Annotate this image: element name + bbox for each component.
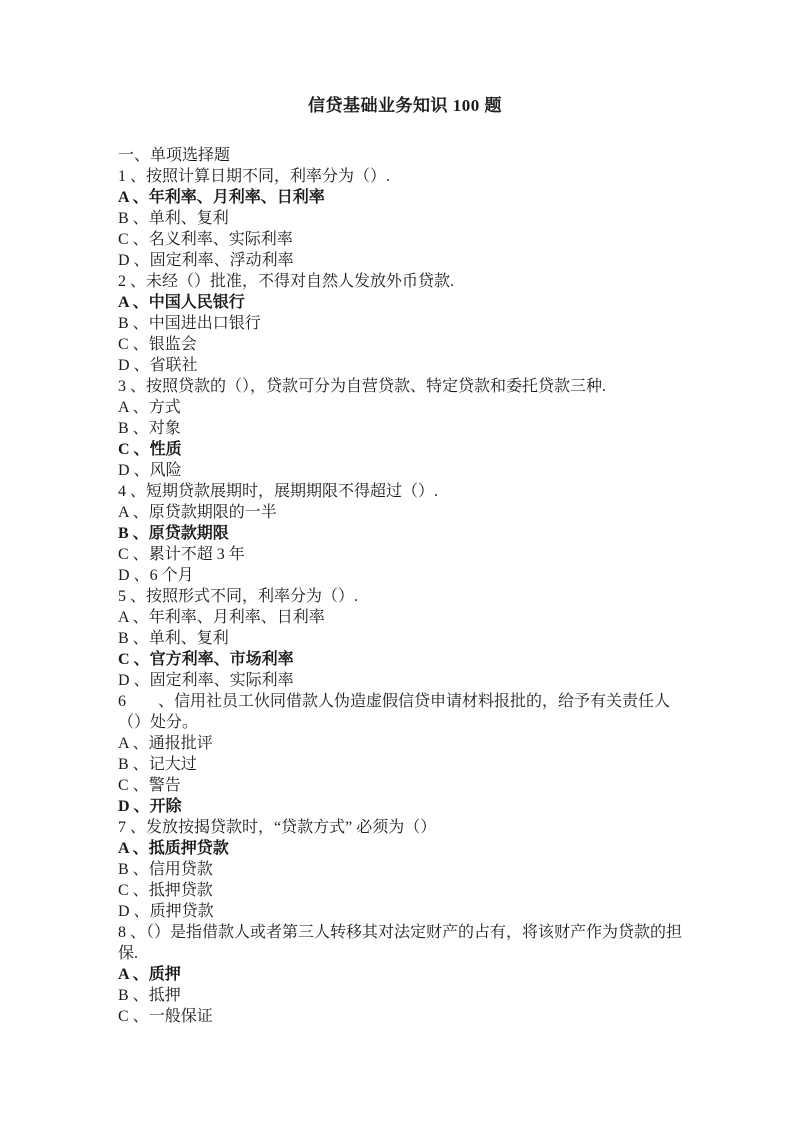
option-line: D 、6 个月 [118, 565, 692, 586]
option-text: 单利、复利 [149, 630, 229, 647]
question-block: 7 、发放按揭贷款时，“贷款方式” 必须为（） A 、抵质押贷款 B 、信用贷款… [118, 817, 692, 922]
option-text: 抵质押贷款 [149, 840, 229, 857]
option-label: A 、 [118, 189, 149, 206]
option-label: D 、 [118, 903, 150, 920]
document-title: 信贷基础业务知识 100 题 [118, 95, 692, 116]
option-line: A 、原贷款期限的一半 [118, 502, 692, 523]
option-line: A 、方式 [118, 397, 692, 418]
question-text: 2 、未经（）批准，不得对自然人发放外币贷款. [118, 271, 692, 292]
option-label: A 、 [118, 399, 149, 416]
option-text: 年利率、月利率、日利率 [149, 189, 325, 206]
option-label: B 、 [118, 210, 149, 227]
option-line: D 、开除 [118, 796, 692, 817]
option-line: D 、风险 [118, 460, 692, 481]
option-label: A 、 [118, 966, 149, 983]
question-body: 按照计算日期不同，利率分为（）. [146, 168, 390, 185]
option-label: B 、 [118, 756, 149, 773]
option-line: A 、年利率、月利率、日利率 [118, 187, 692, 208]
option-label: B 、 [118, 630, 149, 647]
question-block: 2 、未经（）批准，不得对自然人发放外币贷款. A 、中国人民银行 B 、中国进… [118, 271, 692, 376]
question-number: 6 、 [118, 693, 174, 710]
question-text: 5 、按照形式不同，利率分为（）. [118, 586, 692, 607]
option-line: D 、质押贷款 [118, 901, 692, 922]
option-label: D 、 [118, 798, 150, 815]
question-number: 5 、 [118, 588, 146, 605]
option-text: 信用贷款 [149, 861, 213, 878]
question-block: 1 、按照计算日期不同，利率分为（）. A 、年利率、月利率、日利率 B 、单利… [118, 166, 692, 271]
question-body: 按照贷款的（），贷款可分为自营贷款、特定贷款和委托贷款三种. [146, 378, 606, 395]
option-line: A 、抵质押贷款 [118, 838, 692, 859]
option-line: B 、抵押 [118, 985, 692, 1006]
option-text: 抵押 [149, 987, 181, 1004]
option-line: C 、银监会 [118, 334, 692, 355]
option-label: A 、 [118, 294, 149, 311]
option-line: B 、单利、复利 [118, 208, 692, 229]
question-body: 短期贷款展期时，展期期限不得超过（）. [146, 483, 438, 500]
question-text: 1 、按照计算日期不同，利率分为（）. [118, 166, 692, 187]
question-number: 1 、 [118, 168, 146, 185]
option-text: 固定利率、浮动利率 [150, 252, 294, 269]
option-text: 固定利率、实际利率 [150, 672, 294, 689]
option-line: C 、官方利率、市场利率 [118, 649, 692, 670]
question-block: 5 、按照形式不同，利率分为（）. A 、年利率、月利率、日利率 B 、单利、复… [118, 586, 692, 691]
question-body: （）是指借款人或者第三人转移其对法定财产的占有，将该财产作为贷款的担保. [118, 924, 682, 962]
option-text: 方式 [149, 399, 181, 416]
option-line: B 、原贷款期限 [118, 523, 692, 544]
question-body: 发放按揭贷款时，“贷款方式” 必须为（） [146, 819, 436, 836]
option-text: 原贷款期限 [149, 525, 229, 542]
question-number: 4 、 [118, 483, 146, 500]
option-label: A 、 [118, 735, 149, 752]
option-text: 6 个月 [150, 567, 194, 584]
option-line: D 、固定利率、实际利率 [118, 670, 692, 691]
option-line: B 、记大过 [118, 754, 692, 775]
option-line: B 、信用贷款 [118, 859, 692, 880]
option-text: 开除 [150, 798, 182, 815]
option-text: 年利率、月利率、日利率 [149, 609, 325, 626]
question-text: 8 、（）是指借款人或者第三人转移其对法定财产的占有，将该财产作为贷款的担保. [118, 922, 692, 964]
option-text: 原贷款期限的一半 [149, 504, 277, 521]
option-text: 质押贷款 [150, 903, 214, 920]
option-line: B 、单利、复利 [118, 628, 692, 649]
option-label: B 、 [118, 420, 149, 437]
question-body: 按照形式不同，利率分为（）. [146, 588, 358, 605]
option-line: B 、中国进出口银行 [118, 313, 692, 334]
option-text: 记大过 [149, 756, 197, 773]
option-line: C 、性质 [118, 439, 692, 460]
option-line: D 、省联社 [118, 355, 692, 376]
option-text: 一般保证 [149, 1008, 213, 1025]
option-text: 质押 [149, 966, 181, 983]
option-label: C 、 [118, 1008, 149, 1025]
section-heading: 一、单项选择题 [118, 145, 692, 166]
option-line: B 、对象 [118, 418, 692, 439]
option-line: C 、警告 [118, 775, 692, 796]
option-label: D 、 [118, 357, 150, 374]
question-block: 6 、信用社员工伙同借款人伪造虚假信贷申请材料报批的，给予有关责任人（）处分。 … [118, 691, 692, 817]
option-label: C 、 [118, 231, 149, 248]
option-line: A 、年利率、月利率、日利率 [118, 607, 692, 628]
option-label: B 、 [118, 987, 149, 1004]
question-body: 信用社员工伙同借款人伪造虚假信贷申请材料报批的，给予有关责任人（）处分。 [118, 693, 670, 731]
option-label: D 、 [118, 252, 150, 269]
option-label: D 、 [118, 567, 150, 584]
option-text: 对象 [149, 420, 181, 437]
option-line: A 、通报批评 [118, 733, 692, 754]
option-label: A 、 [118, 840, 149, 857]
option-line: A 、中国人民银行 [118, 292, 692, 313]
option-line: C 、累计不超 3 年 [118, 544, 692, 565]
question-number: 2 、 [118, 273, 146, 290]
question-body: 未经（）批准，不得对自然人发放外币贷款. [146, 273, 454, 290]
option-label: C 、 [118, 882, 149, 899]
option-label: B 、 [118, 525, 149, 542]
option-line: C 、抵押贷款 [118, 880, 692, 901]
option-label: C 、 [118, 651, 150, 668]
option-label: C 、 [118, 546, 149, 563]
question-block: 8 、（）是指借款人或者第三人转移其对法定财产的占有，将该财产作为贷款的担保. … [118, 922, 692, 1027]
option-text: 累计不超 3 年 [149, 546, 245, 563]
question-block: 3 、按照贷款的（），贷款可分为自营贷款、特定贷款和委托贷款三种. A 、方式 … [118, 376, 692, 481]
option-text: 官方利率、市场利率 [150, 651, 294, 668]
option-label: B 、 [118, 315, 149, 332]
option-label: C 、 [118, 777, 149, 794]
option-text: 省联社 [150, 357, 198, 374]
question-number: 8 、 [118, 924, 146, 941]
option-text: 银监会 [149, 336, 197, 353]
option-line: A 、质押 [118, 964, 692, 985]
option-label: D 、 [118, 462, 150, 479]
option-line: D 、固定利率、浮动利率 [118, 250, 692, 271]
question-text: 3 、按照贷款的（），贷款可分为自营贷款、特定贷款和委托贷款三种. [118, 376, 692, 397]
option-label: C 、 [118, 336, 149, 353]
option-text: 警告 [149, 777, 181, 794]
question-number: 3 、 [118, 378, 146, 395]
option-text: 中国人民银行 [149, 294, 245, 311]
option-text: 通报批评 [149, 735, 213, 752]
option-text: 名义利率、实际利率 [149, 231, 293, 248]
option-label: B 、 [118, 861, 149, 878]
document-page: 信贷基础业务知识 100 题 一、单项选择题 1 、按照计算日期不同，利率分为（… [0, 0, 800, 1132]
option-text: 中国进出口银行 [149, 315, 261, 332]
question-list: 1 、按照计算日期不同，利率分为（）. A 、年利率、月利率、日利率 B 、单利… [118, 166, 692, 1027]
option-label: A 、 [118, 504, 149, 521]
option-text: 性质 [150, 441, 182, 458]
question-text: 4 、短期贷款展期时，展期期限不得超过（）. [118, 481, 692, 502]
question-text: 6 、信用社员工伙同借款人伪造虚假信贷申请材料报批的，给予有关责任人（）处分。 [118, 691, 692, 733]
question-text: 7 、发放按揭贷款时，“贷款方式” 必须为（） [118, 817, 692, 838]
option-label: C 、 [118, 441, 150, 458]
option-label: D 、 [118, 672, 150, 689]
option-line: C 、名义利率、实际利率 [118, 229, 692, 250]
question-block: 4 、短期贷款展期时，展期期限不得超过（）. A 、原贷款期限的一半 B 、原贷… [118, 481, 692, 586]
option-text: 单利、复利 [149, 210, 229, 227]
question-number: 7 、 [118, 819, 146, 836]
option-label: A 、 [118, 609, 149, 626]
option-text: 抵押贷款 [149, 882, 213, 899]
option-line: C 、一般保证 [118, 1006, 692, 1027]
option-text: 风险 [150, 462, 182, 479]
